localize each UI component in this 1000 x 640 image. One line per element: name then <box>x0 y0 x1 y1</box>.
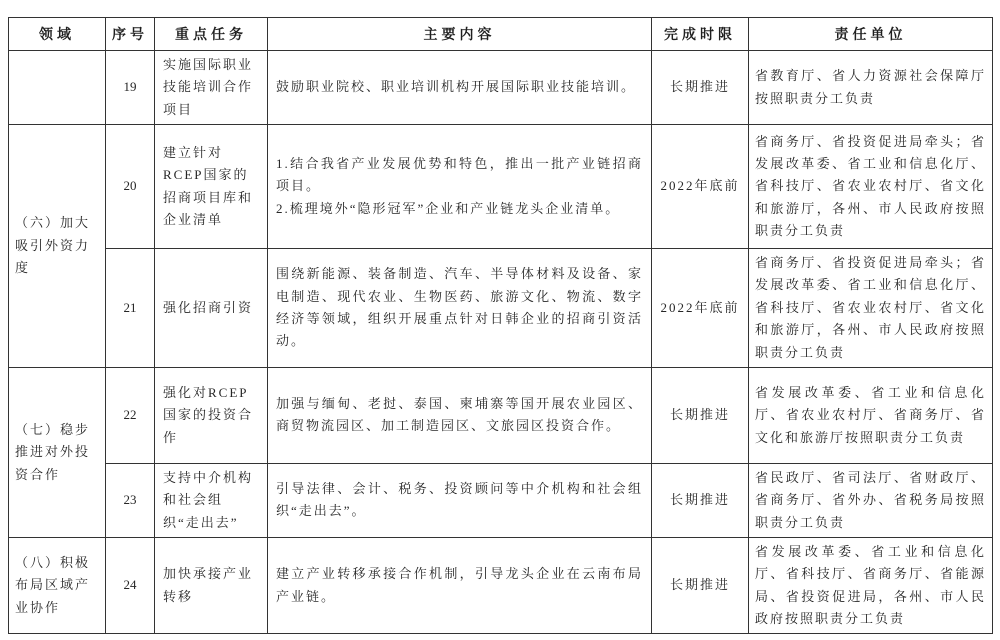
serial-cell: 21 <box>106 249 155 368</box>
column-header-serial: 序号 <box>106 18 155 51</box>
domain-cell: （六）加大吸引外资力度 <box>9 125 106 368</box>
content-cell: 鼓励职业院校、职业培训机构开展国际职业技能培训。 <box>268 51 652 125</box>
deadline-cell: 长期推进 <box>652 51 749 125</box>
unit-cell: 省发展改革委、省工业和信息化厅、省科技厅、省商务厅、省能源局、省投资促进局，各州… <box>749 537 993 633</box>
serial-cell: 22 <box>106 367 155 463</box>
table-row: （六）加大吸引外资力度 20 建立针对RCEP国家的招商项目库和企业清单 1.结… <box>9 125 993 249</box>
task-cell: 强化对RCEP国家的投资合作 <box>155 367 268 463</box>
table-row: （七）稳步推进对外投资合作 22 强化对RCEP国家的投资合作 加强与缅甸、老挝… <box>9 367 993 463</box>
serial-cell: 19 <box>106 51 155 125</box>
deadline-cell: 长期推进 <box>652 537 749 633</box>
header-row: 领域 序号 重点任务 主要内容 完成时限 责任单位 <box>9 18 993 51</box>
unit-cell: 省商务厅、省投资促进局牵头；省发展改革委、省工业和信息化厅、省科技厅、省农业农村… <box>749 249 993 368</box>
serial-cell: 24 <box>106 537 155 633</box>
task-cell: 实施国际职业技能培训合作项目 <box>155 51 268 125</box>
deadline-cell: 长期推进 <box>652 367 749 463</box>
content-cell: 1.结合我省产业发展优势和特色，推出一批产业链招商项目。 2.梳理境外“隐形冠军… <box>268 125 652 249</box>
task-cell: 建立针对RCEP国家的招商项目库和企业清单 <box>155 125 268 249</box>
task-cell: 支持中介机构和社会组织“走出去” <box>155 463 268 537</box>
content-cell: 建立产业转移承接合作机制，引导龙头企业在云南布局产业链。 <box>268 537 652 633</box>
domain-cell <box>9 51 106 125</box>
column-header-deadline: 完成时限 <box>652 18 749 51</box>
deadline-cell: 2022年底前 <box>652 249 749 368</box>
column-header-task: 重点任务 <box>155 18 268 51</box>
serial-cell: 23 <box>106 463 155 537</box>
content-cell: 围绕新能源、装备制造、汽车、半导体材料及设备、家电制造、现代农业、生物医药、旅游… <box>268 249 652 368</box>
unit-cell: 省民政厅、省司法厅、省财政厅、省商务厅、省外办、省税务局按照职责分工负责 <box>749 463 993 537</box>
column-header-unit: 责任单位 <box>749 18 993 51</box>
task-cell: 强化招商引资 <box>155 249 268 368</box>
table-row: 19 实施国际职业技能培训合作项目 鼓励职业院校、职业培训机构开展国际职业技能培… <box>9 51 993 125</box>
domain-cell: （七）稳步推进对外投资合作 <box>9 367 106 537</box>
deadline-cell: 长期推进 <box>652 463 749 537</box>
task-cell: 加快承接产业转移 <box>155 537 268 633</box>
unit-cell: 省发展改革委、省工业和信息化厅、省农业农村厅、省商务厅、省文化和旅游厅按照职责分… <box>749 367 993 463</box>
column-header-domain: 领域 <box>9 18 106 51</box>
column-header-content: 主要内容 <box>268 18 652 51</box>
serial-cell: 20 <box>106 125 155 249</box>
unit-cell: 省商务厅、省投资促进局牵头；省发展改革委、省工业和信息化厅、省科技厅、省农业农村… <box>749 125 993 249</box>
table-row: 23 支持中介机构和社会组织“走出去” 引导法律、会计、税务、投资顾问等中介机构… <box>9 463 993 537</box>
content-cell: 引导法律、会计、税务、投资顾问等中介机构和社会组织“走出去”。 <box>268 463 652 537</box>
table-row: （八）积极布局区域产业协作 24 加快承接产业转移 建立产业转移承接合作机制，引… <box>9 537 993 633</box>
content-cell: 加强与缅甸、老挝、泰国、柬埔寨等国开展农业园区、商贸物流园区、加工制造园区、文旅… <box>268 367 652 463</box>
domain-cell: （八）积极布局区域产业协作 <box>9 537 106 633</box>
deadline-cell: 2022年底前 <box>652 125 749 249</box>
task-table: 领域 序号 重点任务 主要内容 完成时限 责任单位 19 实施国际职业技能培训合… <box>8 17 993 634</box>
unit-cell: 省教育厅、省人力资源社会保障厅按照职责分工负责 <box>749 51 993 125</box>
table-row: 21 强化招商引资 围绕新能源、装备制造、汽车、半导体材料及设备、家电制造、现代… <box>9 249 993 368</box>
